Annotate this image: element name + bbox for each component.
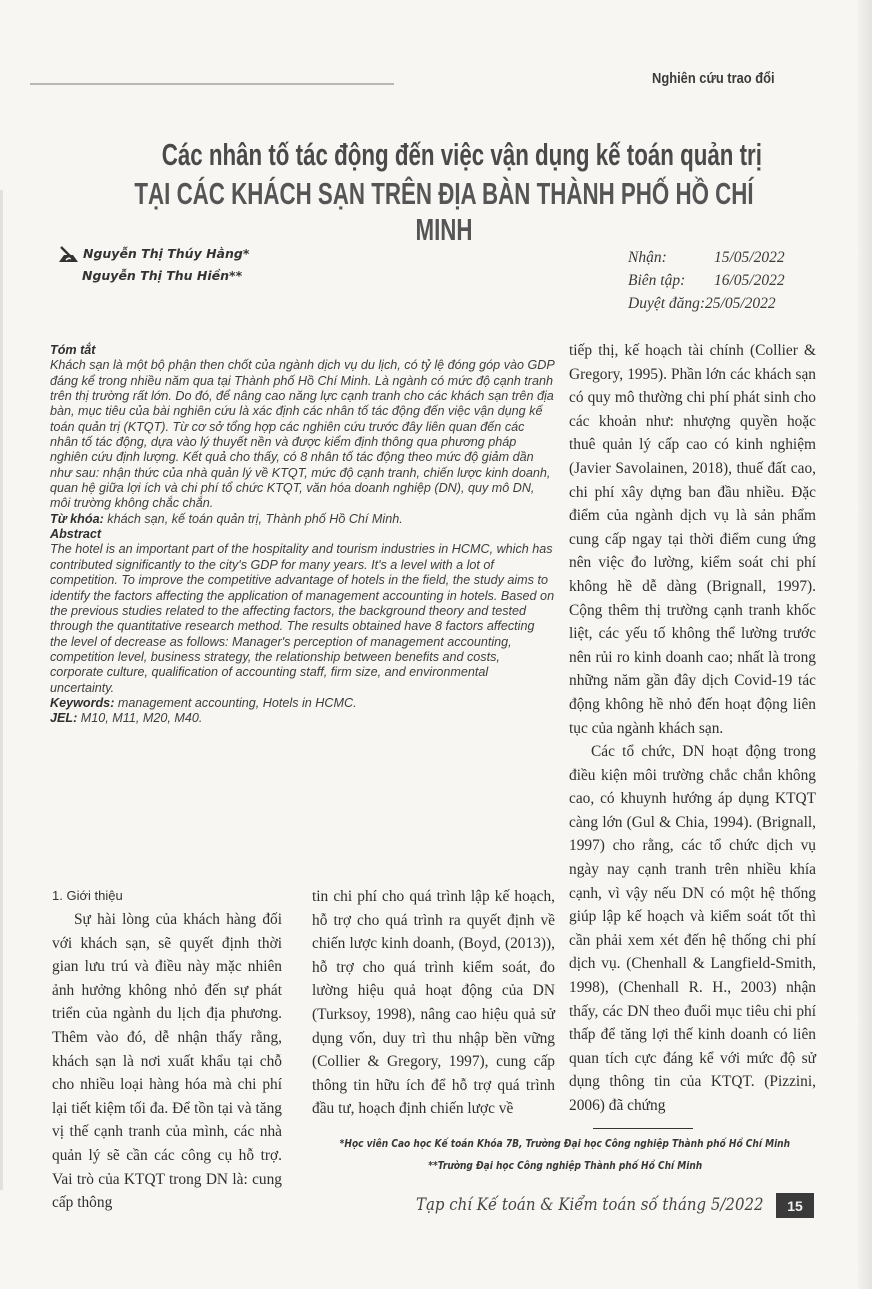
footnote-text: **Trường Đại học Công nghiệp Thành phố H… xyxy=(428,1160,702,1172)
date-label: Duyệt đăng: xyxy=(628,292,705,315)
date-received: Nhận: 15/05/2022 xyxy=(628,246,785,269)
section-label: Nghiên cứu trao đổi xyxy=(652,70,775,87)
page-number: 15 xyxy=(776,1193,814,1218)
date-value: 15/05/2022 xyxy=(714,246,785,269)
article-dates: Nhận: 15/05/2022 Biên tập: 16/05/2022 Du… xyxy=(628,246,785,315)
jel-label: JEL: xyxy=(50,711,77,725)
date-approved: Duyệt đăng: 25/05/2022 xyxy=(628,292,785,315)
article-title-line-2: TẠI CÁC KHÁCH SẠN TRÊN ĐỊA BÀN THÀNH PHỐ… xyxy=(8,176,872,248)
body-column-1: Sự hài lòng của khách hàng đối với khách… xyxy=(52,908,282,1215)
title-text-1: Các nhân tố tác động đến việc vận dụng k… xyxy=(162,137,762,173)
journal-text: Tạp chí Kế toán & Kiểm toán số tháng 5/2… xyxy=(416,1195,764,1215)
header-rule xyxy=(30,83,394,85)
abstract-en-heading: Abstract xyxy=(50,527,555,542)
page-edge-left xyxy=(0,190,3,1190)
date-value: 25/05/2022 xyxy=(705,292,776,315)
section-heading: 1. Giới thiệu xyxy=(52,888,123,903)
date-value: 16/05/2022 xyxy=(714,269,785,292)
jel-codes: JEL: M10, M11, M20, M40. xyxy=(50,711,555,726)
abstract-vi-heading: Tóm tắt xyxy=(50,343,555,358)
date-label: Nhận: xyxy=(628,246,714,269)
keywords-value: management accounting, Hotels in HCMC. xyxy=(114,696,356,710)
paragraph: tiếp thị, kế hoạch tài chính (Collier & … xyxy=(569,339,816,740)
article-title-line-1: Các nhân tố tác động đến việc vận dụng k… xyxy=(26,137,872,173)
pen-writing-icon xyxy=(58,246,80,263)
footnote-text: *Học viên Cao học Kế toán Khóa 7B, Trườn… xyxy=(340,1138,790,1150)
abstract-en-text: The hotel is an important part of the ho… xyxy=(50,542,555,695)
keywords-value: khách sạn, kế toán quản trị, Thành phố H… xyxy=(104,512,403,526)
paragraph: Sự hài lòng của khách hàng đối với khách… xyxy=(52,908,282,1215)
body-column-3: tiếp thị, kế hoạch tài chính (Collier & … xyxy=(569,339,816,1118)
keywords-label: Từ khóa: xyxy=(50,512,104,526)
date-edited: Biên tập: 16/05/2022 xyxy=(628,269,785,292)
keywords-label: Keywords: xyxy=(50,696,114,710)
paragraph: tin chi phí cho quá trình lập kế hoạch, … xyxy=(312,885,555,1121)
jel-value: M10, M11, M20, M40. xyxy=(77,711,202,725)
title-text-2: TẠI CÁC KHÁCH SẠN TRÊN ĐỊA BÀN THÀNH PHỐ… xyxy=(130,176,758,248)
keywords-vi: Từ khóa: khách sạn, kế toán quản trị, Th… xyxy=(50,512,555,527)
abstract-vi-text: Khách sạn là một bộ phận then chốt của n… xyxy=(50,358,555,511)
footnote-rule xyxy=(593,1128,693,1129)
paragraph: Các tổ chức, DN hoạt động trong điều kiệ… xyxy=(569,740,816,1118)
body-column-2: tin chi phí cho quá trình lập kế hoạch, … xyxy=(312,885,555,1121)
author-name: Nguyễn Thị Thu Hiền** xyxy=(82,268,242,283)
abstract-block: Tóm tắt Khách sạn là một bộ phận then ch… xyxy=(50,343,555,727)
journal-name: Tạp chí Kế toán & Kiểm toán số tháng 5/2… xyxy=(416,1195,811,1215)
date-label: Biên tập: xyxy=(628,269,714,292)
author-name: Nguyễn Thị Thúy Hằng* xyxy=(83,246,249,261)
keywords-en: Keywords: management accounting, Hotels … xyxy=(50,696,555,711)
footnote-1: *Học viên Cao học Kế toán Khóa 7B, Trườn… xyxy=(300,1138,830,1150)
footnote-2: **Trường Đại học Công nghiệp Thành phố H… xyxy=(300,1160,830,1172)
